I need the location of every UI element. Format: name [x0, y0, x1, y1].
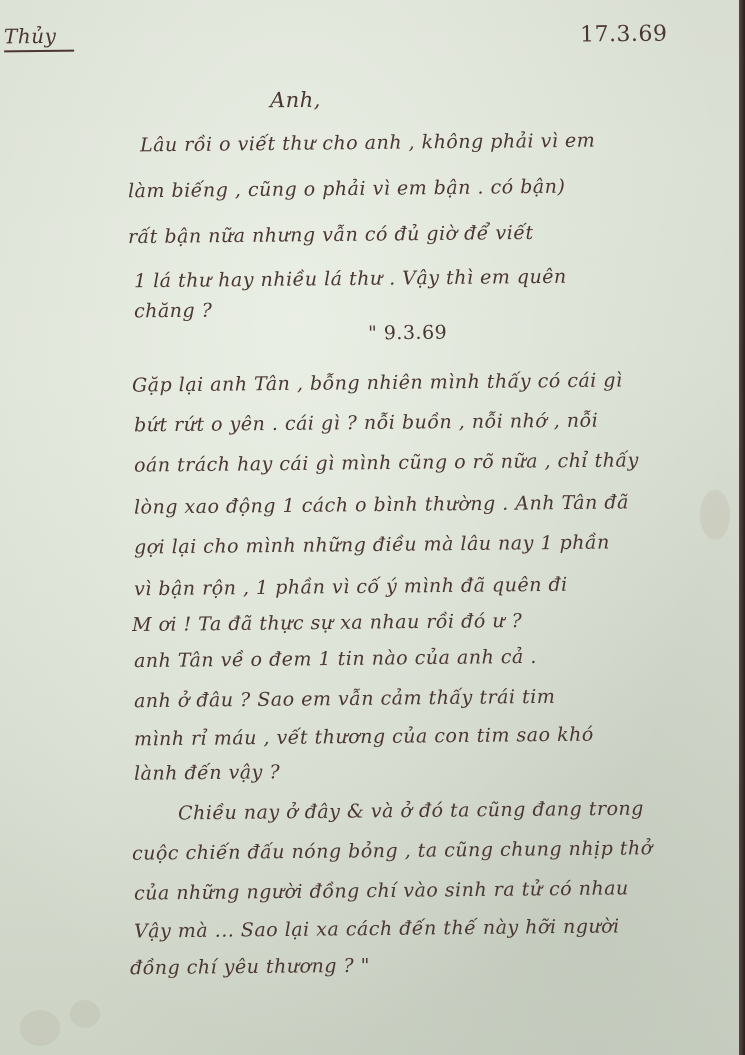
paper-stain	[700, 490, 730, 540]
diary-date: " 9.3.69	[368, 322, 447, 345]
text-line: của những người đồng chí vào sinh ra tử …	[134, 877, 629, 904]
text-line: anh Tân về o đem 1 tin nào của anh cả .	[134, 646, 537, 672]
paper-stain	[70, 1000, 100, 1028]
text-line: mình rỉ máu , vết thương của con tim sao…	[134, 724, 594, 751]
text-line: đồng chí yêu thương ? "	[130, 955, 370, 980]
text-line: vì bận rộn , 1 phần vì cố ý mình đã quên…	[134, 574, 568, 601]
text-line: lành đến vậy ?	[134, 761, 280, 785]
text-line: cuộc chiến đấu nóng bỏng , ta cũng chung…	[132, 837, 653, 864]
text-line: Lâu rồi o viết thư cho anh , không phải …	[140, 130, 595, 157]
text-line: oán trách hay cái gì mình cũng o rõ nữa …	[134, 449, 639, 476]
paper-stain	[20, 1010, 60, 1046]
scan-edge	[739, 0, 745, 1055]
text-line: 1 lá thư hay nhiều lá thư . Vậy thì em q…	[134, 266, 567, 293]
text-line: chăng ?	[134, 300, 213, 323]
text-line: M ơi ! Ta đã thực sự xa nhau rồi đó ư ?	[132, 610, 522, 636]
text-line: làm biếng , cũng o phải vì em bận . có b…	[128, 176, 566, 203]
text-line: anh ở đâu ? Sao em vẫn cảm thấy trái tim	[134, 686, 556, 712]
text-line: gợi lại cho mình những điều mà lâu nay 1…	[134, 532, 610, 559]
text-line: rất bận nữa nhưng vẫn có đủ giờ để viết	[128, 222, 534, 248]
text-line: Chiều nay ở đây & và ở đó ta cũng đang t…	[178, 798, 644, 825]
text-line: Vậy mà ... Sao lại xa cách đến thế này h…	[134, 915, 620, 942]
text-line: bứt rứt o yên . cái gì ? nỗi buồn , nỗi …	[134, 410, 598, 437]
letter-page: Thủy 17.3.69 Anh, Lâu rồi o viết thư cho…	[0, 0, 739, 1055]
signature: Thủy	[4, 24, 75, 53]
letter-date: 17.3.69	[580, 22, 668, 48]
text-line: lòng xao động 1 cách o bình thường . Anh…	[134, 491, 629, 518]
salutation: Anh,	[270, 88, 321, 113]
text-line: Gặp lại anh Tân , bỗng nhiên mình thấy c…	[132, 369, 623, 396]
